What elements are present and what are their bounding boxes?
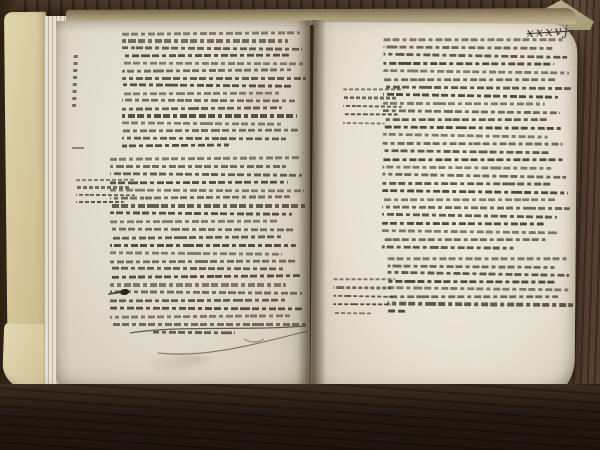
manuscript-text-line [110, 306, 304, 310]
manuscript-photo-scene: xxxvj [0, 0, 600, 450]
manuscript-text-line [122, 31, 300, 36]
lower-margin-note [333, 278, 397, 325]
manuscript-text-line [122, 92, 280, 96]
manuscript-text-line [110, 290, 302, 295]
manuscript-text-line [388, 257, 568, 260]
manuscript-text-line [382, 245, 514, 250]
manuscript-text-line [383, 102, 545, 106]
manuscript-text-line [382, 158, 564, 161]
manuscript-text-line [333, 295, 396, 298]
manuscript-text-line [383, 53, 567, 60]
manuscript-text-line [110, 235, 281, 240]
manuscript-text-line [122, 144, 229, 148]
manuscript-text-line [122, 106, 282, 111]
manuscript-text-line [110, 259, 298, 263]
manuscript-text-line [383, 45, 552, 50]
manuscript-text-line [383, 78, 556, 81]
manuscript-text-line [343, 113, 398, 116]
manuscript-text-line [110, 211, 292, 216]
manuscript-text-line [343, 105, 402, 108]
manuscript-text-line [122, 62, 304, 66]
manuscript-text-line [383, 109, 560, 115]
manuscript-text-line [122, 69, 291, 74]
manuscript-text-line [122, 84, 293, 89]
manuscript-text-line [122, 46, 302, 51]
manuscript-text-line [110, 251, 282, 256]
manuscript-text-line [122, 129, 299, 133]
left-page-lower-paragraph [110, 157, 306, 341]
manuscript-text-line [382, 221, 544, 225]
manuscript-text-line [122, 39, 288, 42]
manuscript-text-line [333, 286, 391, 289]
manuscript-text-line [110, 188, 304, 192]
manuscript-text-line [383, 85, 571, 90]
gutter-margin-note [343, 88, 403, 133]
manuscript-text-line [343, 88, 401, 90]
manuscript-text-line [110, 267, 284, 271]
manuscript-text-line [382, 198, 555, 201]
gutter-shadow [298, 20, 326, 394]
manuscript-text-line [383, 142, 563, 146]
manuscript-text-line [382, 212, 557, 218]
rubric-flourish [124, 319, 312, 365]
right-page-lower-paragraph [387, 257, 574, 323]
manuscript-text-line [382, 189, 568, 195]
manuscript-text-line [387, 295, 558, 298]
manuscript-text-line [383, 38, 565, 41]
manuscript-text-line [333, 303, 391, 306]
manuscript-text-line [110, 172, 302, 177]
manuscript-text-line [382, 205, 570, 210]
manuscript-text-line [110, 204, 306, 207]
left-page [56, 21, 310, 394]
manuscript-text-line [122, 114, 297, 117]
right-page-main-paragraph [382, 37, 572, 255]
manuscript-text-line [382, 172, 566, 179]
manuscript-text-line [383, 69, 569, 75]
manuscript-text-line [110, 196, 290, 201]
manuscript-text-line [382, 165, 551, 170]
manuscript-text-line [110, 275, 300, 280]
manuscript-text-line [110, 180, 288, 184]
manuscript-text-line [383, 93, 558, 99]
manuscript-text-line [383, 133, 548, 139]
manuscript-text-line [110, 165, 286, 168]
manuscript-text-line [382, 229, 559, 235]
manuscript-text-line [110, 220, 279, 224]
manuscript-text-line [387, 271, 569, 278]
manuscript-text-line [382, 149, 549, 155]
manuscript-text-line [382, 238, 546, 241]
manuscript-text-line [110, 156, 300, 161]
manuscript-text-line [382, 182, 553, 186]
margin-dash-mark [72, 147, 84, 149]
manuscript-text-line [387, 286, 571, 292]
manuscript-text-line [122, 54, 289, 58]
manuscript-text-line [383, 125, 562, 130]
vertical-margin-mark [72, 51, 78, 107]
manuscript-text-line [110, 299, 288, 303]
manuscript-text-line [388, 264, 555, 269]
manuscript-text-line [122, 121, 284, 126]
manuscript-text-line [122, 77, 306, 80]
manuscript-text-line [122, 136, 286, 140]
manuscript-text-line [110, 283, 286, 286]
manuscript-text-line [110, 244, 296, 247]
manuscript-text-line [122, 99, 295, 103]
wood-grain [0, 384, 600, 450]
manuscript-text-line [383, 62, 554, 66]
manuscript-text-line [110, 228, 294, 232]
manuscript-text-line [333, 278, 395, 280]
manuscript-text-line [387, 280, 556, 284]
right-page: xxxvj [310, 22, 577, 399]
table-surface-bottom [0, 384, 600, 450]
manuscript-text-line [387, 302, 573, 307]
manuscript-text-line [343, 122, 385, 125]
manuscript-text-line [383, 118, 547, 121]
manuscript-text-line [343, 97, 397, 100]
manuscript-text-line [333, 312, 371, 315]
left-page-upper-paragraph [122, 32, 306, 154]
